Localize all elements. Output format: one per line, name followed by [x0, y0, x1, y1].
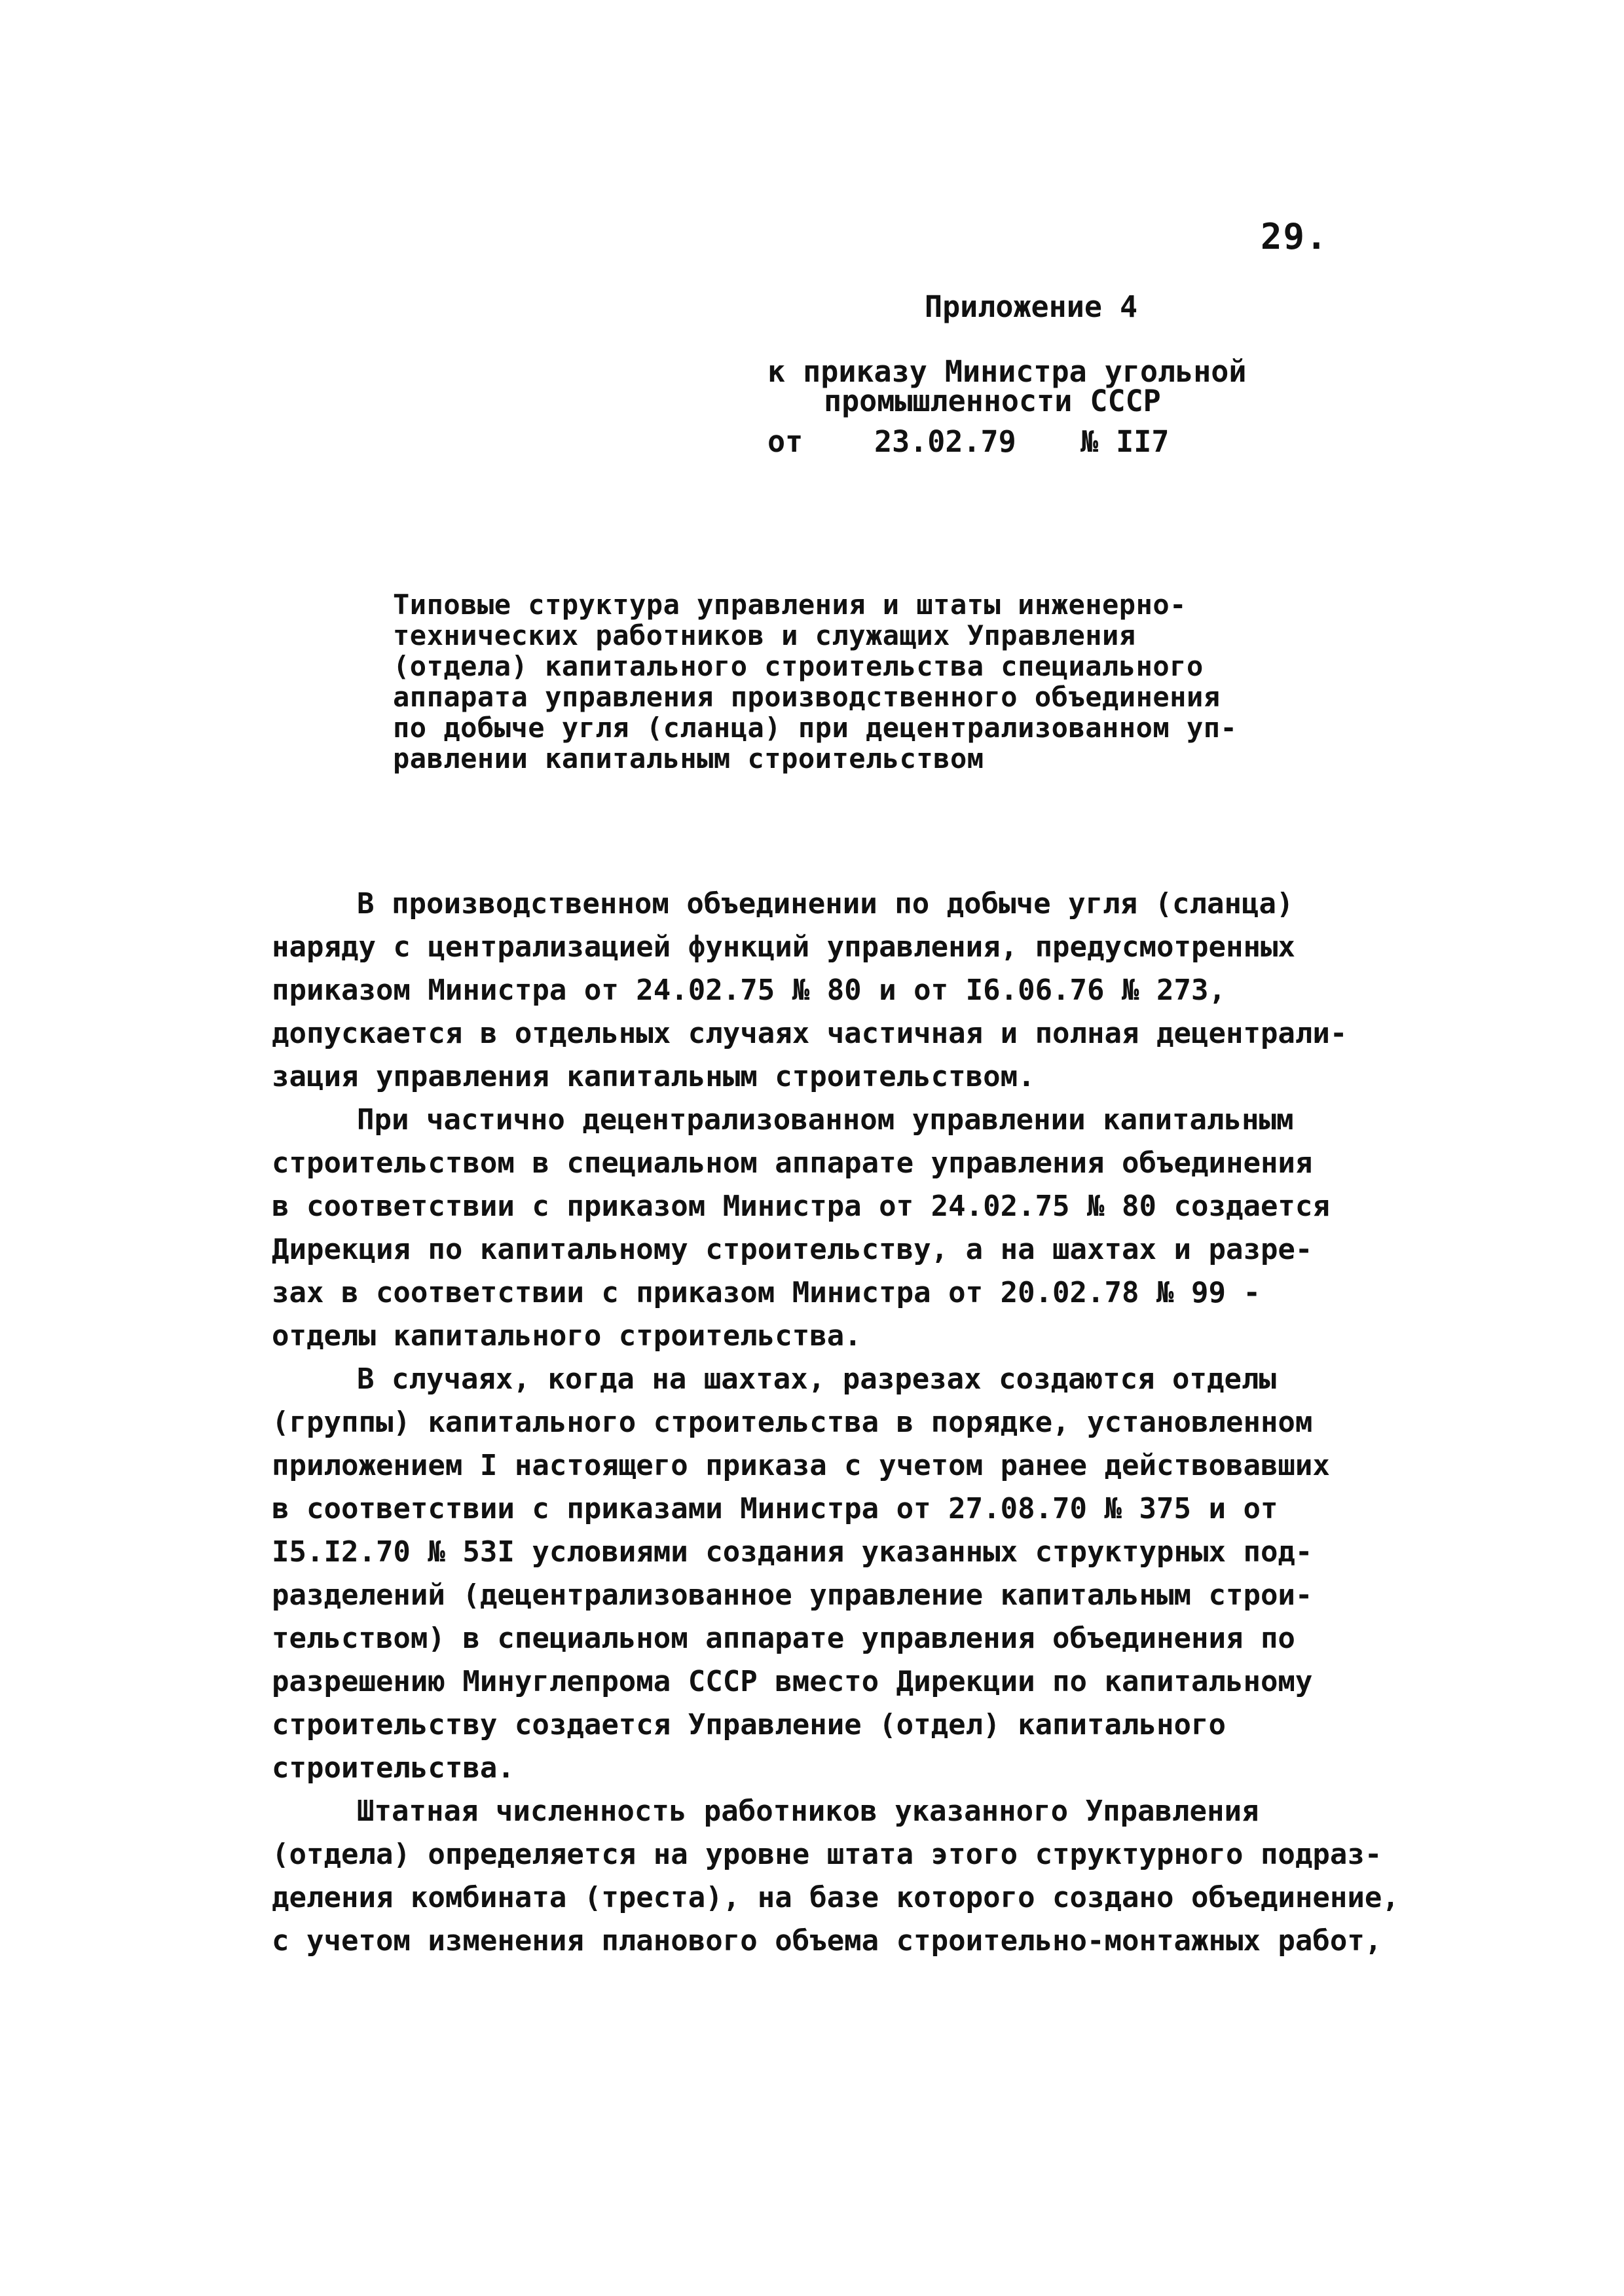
- scanned-document-page: 29. Приложение 4 к приказу Министра угол…: [0, 0, 1624, 2296]
- date-prefix: от: [767, 424, 803, 459]
- document-title: Типовые структура управления и штаты инж…: [393, 589, 1310, 774]
- document-number: № II7: [1080, 424, 1169, 459]
- paragraph-3: В случаях, когда на шахтах, разрезах соз…: [272, 1358, 1424, 1790]
- document-body: В производственном объединении по добыче…: [272, 883, 1424, 1963]
- order-reference-line-2: промышленности СССР: [824, 384, 1161, 418]
- appendix-label: Приложение 4: [925, 289, 1137, 324]
- paragraph-2: При частично децентрализованном управлен…: [272, 1099, 1424, 1358]
- order-date-line: от 23.02.79 № II7: [767, 424, 1357, 464]
- date-value: 23.02.79: [874, 424, 1016, 459]
- page-number: 29.: [1261, 216, 1329, 257]
- paragraph-4: Штатная численность работников указанног…: [272, 1790, 1424, 1963]
- paragraph-1: В производственном объединении по добыче…: [272, 883, 1424, 1099]
